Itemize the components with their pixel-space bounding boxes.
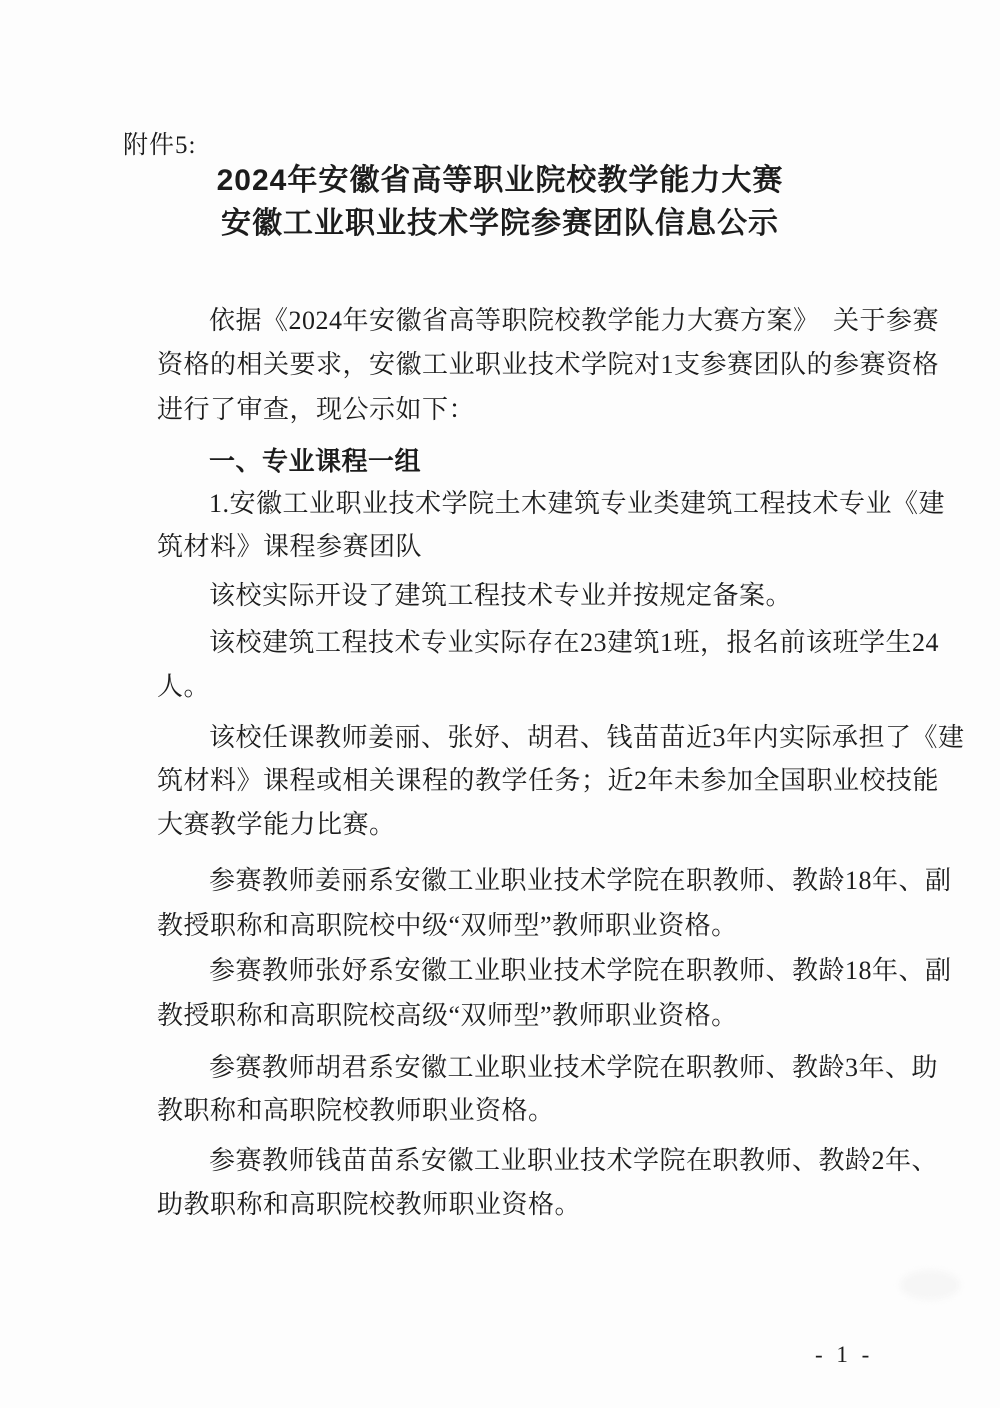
body-line: 参赛教师钱苗苗系安徽工业职业技术学院在职教师、教龄2年、: [209, 1139, 938, 1183]
body-line: 进行了审查，现公示如下：: [157, 388, 475, 432]
body-line: 1.安徽工业职业技术学院土木建筑专业类建筑工程技术专业《建: [209, 482, 945, 526]
body-line: 参赛教师姜丽系安徽工业职业技术学院在职教师、教龄18年、副: [209, 859, 952, 903]
body-line: 人。: [157, 665, 210, 709]
body-line: 教授职称和高职院校高级“双师型”教师职业资格。: [157, 994, 738, 1038]
body-line: 筑材料》课程参赛团队: [157, 525, 422, 569]
page-number: - 1 -: [815, 1340, 873, 1370]
body-line: 教授职称和高职院校中级“双师型”教师职业资格。: [157, 904, 738, 948]
body-line: 依据《2024年安徽省高等职院校教学能力大赛方案》 关于参赛: [209, 299, 939, 343]
body-line: 筑材料》课程或相关课程的教学任务；近2年未参加全国职业校技能: [157, 759, 939, 803]
scan-artifact: [900, 1270, 960, 1300]
body-line: 大赛教学能力比赛。: [157, 803, 396, 847]
body-line: 教职称和高职院校教师职业资格。: [157, 1089, 555, 1133]
body-line: 该校实际开设了建筑工程技术专业并按规定备案。: [209, 574, 792, 618]
body-line: 参赛教师胡君系安徽工业职业技术学院在职教师、教龄3年、助: [209, 1046, 938, 1090]
document-title-line1: 2024年安徽省高等职业院校教学能力大赛: [0, 160, 1000, 202]
body-line: 该校任课教师姜丽、张妤、胡君、钱苗苗近3年内实际承担了《建: [209, 716, 965, 760]
section-heading: 一、专业课程一组: [209, 439, 421, 483]
body-line: 该校建筑工程技术专业实际存在23建筑1班，报名前该班学生24: [209, 621, 939, 665]
document-title-line2: 安徽工业职业技术学院参赛团队信息公示: [0, 203, 1000, 245]
body-line: 助教职称和高职院校教师职业资格。: [157, 1183, 581, 1227]
body-line: 资格的相关要求，安徽工业职业技术学院对1支参赛团队的参赛资格: [157, 343, 939, 387]
body-line: 参赛教师张妤系安徽工业职业技术学院在职教师、教龄18年、副: [209, 949, 952, 993]
scanned-document-page: 附件5: 2024年安徽省高等职业院校教学能力大赛 安徽工业职业技术学院参赛团队…: [0, 0, 1000, 1408]
